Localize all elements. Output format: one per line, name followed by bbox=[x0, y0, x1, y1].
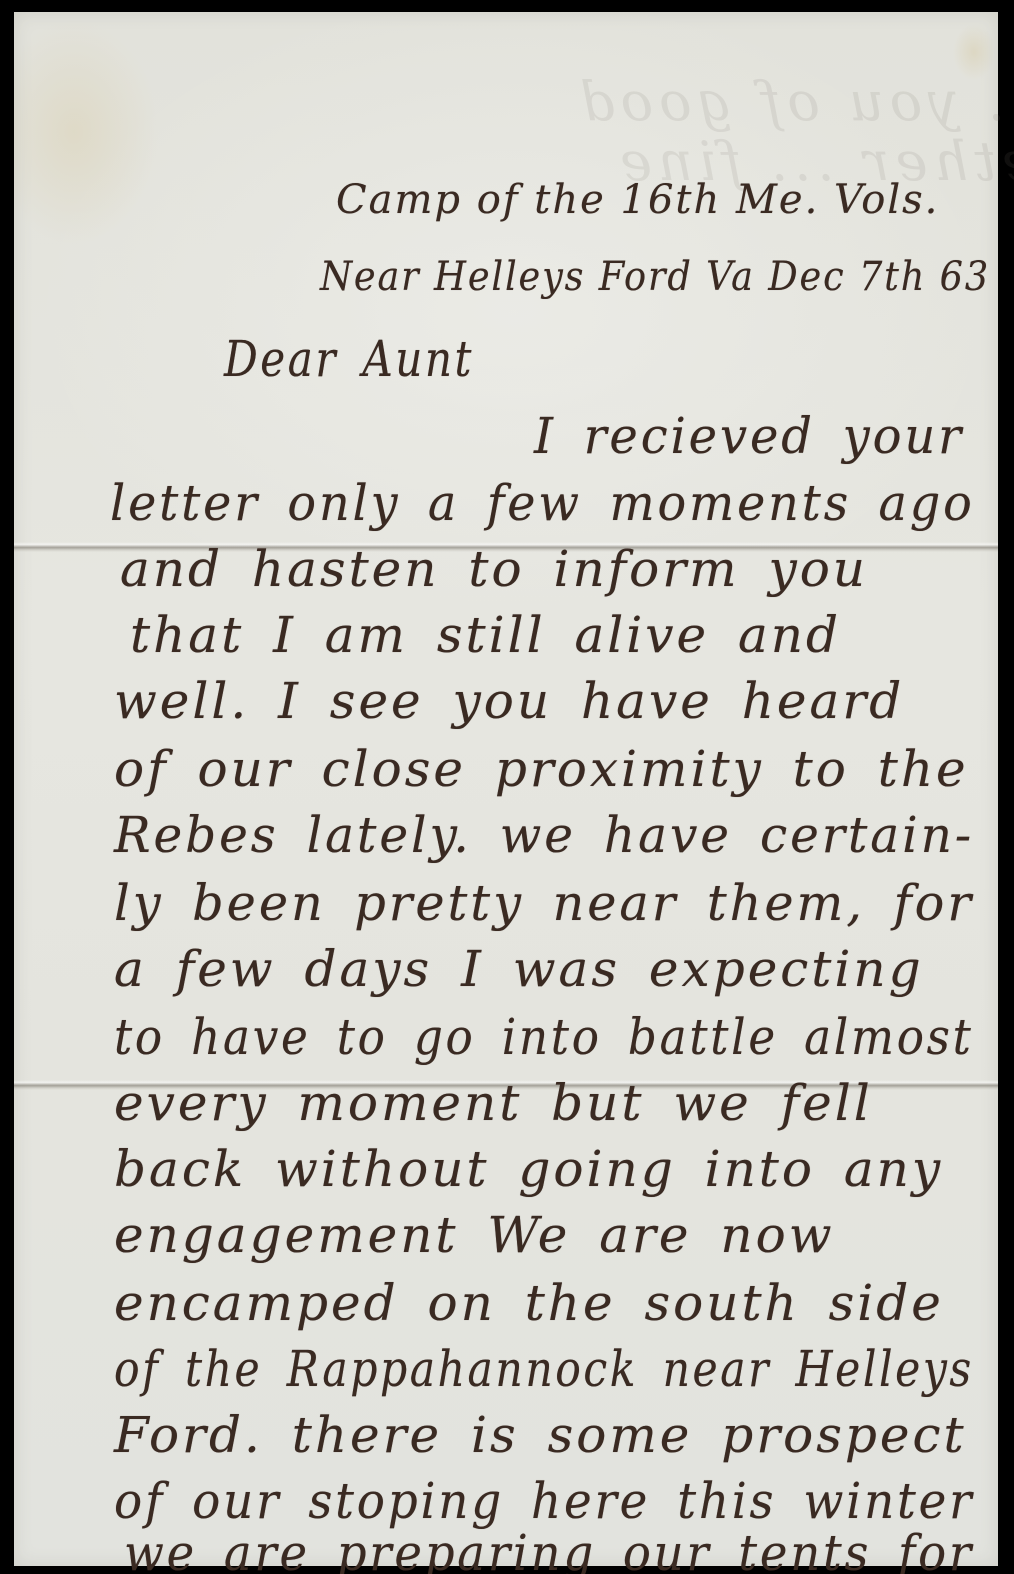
body-line: and hasten to inform you bbox=[120, 540, 868, 598]
bleed-through-text: that prospers ... you of good bbox=[574, 70, 1014, 133]
body-line: of our close proximity to the bbox=[114, 740, 969, 798]
body-line: every moment but we fell bbox=[114, 1074, 873, 1132]
heading-location: Camp of the 16th Me. Vols. bbox=[336, 177, 939, 223]
body-line: of the Rappahannock near Helleys bbox=[114, 1340, 974, 1398]
body-line: encamped on the south side bbox=[114, 1274, 944, 1332]
body-line: engagement We are now bbox=[114, 1206, 835, 1264]
body-line: of our stoping here this winter bbox=[114, 1472, 974, 1530]
heading-place-date: Near Helleys Ford Va Dec 7th 63 bbox=[320, 254, 990, 300]
body-line: we are preparing our tents for bbox=[124, 1524, 974, 1574]
body-line: well. I see you have heard bbox=[114, 672, 904, 730]
body-line: a few days I was expecting bbox=[114, 940, 924, 998]
body-line: Ford. there is some prospect bbox=[114, 1406, 967, 1464]
letter-page: that prospers ... you of good a hut toge… bbox=[14, 12, 998, 1566]
body-line: back without going into any bbox=[114, 1140, 943, 1198]
body-line: I recieved your bbox=[534, 407, 964, 465]
salutation: Dear Aunt bbox=[224, 330, 474, 388]
body-line: letter only a few moments ago bbox=[110, 474, 975, 532]
body-line: Rebes lately. we have certain- bbox=[114, 806, 974, 864]
body-line: ly been pretty near them, for bbox=[114, 874, 974, 932]
body-line: that I am still alive and bbox=[130, 606, 841, 664]
body-line: to have to go into battle almost bbox=[114, 1008, 974, 1066]
